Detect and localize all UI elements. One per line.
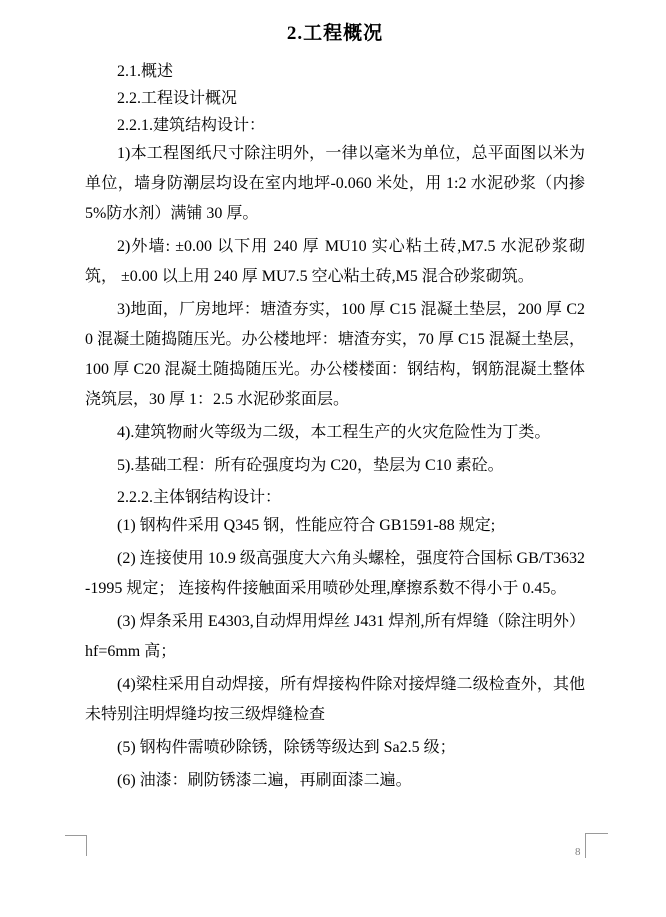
section-heading-2-2: 2.2.工程设计概况 <box>85 85 585 112</box>
section-heading-2-1: 2.1.概述 <box>85 58 585 85</box>
bottom-right-margin-mark <box>585 833 608 858</box>
section-heading-2-2-1: 2.2.1.建筑结构设计： <box>85 112 585 139</box>
section-heading-2-2-2: 2.2.2.主体钢结构设计： <box>85 484 585 511</box>
page-title: 2.工程概况 <box>85 20 585 47</box>
paragraph-item-4: 4).建筑物耐火等级为二级，本工程生产的火灾危险性为丁类。 <box>85 418 585 448</box>
paragraph-steel-6: (6) 油漆：刷防锈漆二遍，再刷面漆二遍。 <box>85 766 585 796</box>
page-number: 8 <box>575 845 581 859</box>
paragraph-item-2: 2)外墙: ±0.00 以下用 240 厚 MU10 实心粘土砖,M7.5 水泥… <box>85 232 585 292</box>
paragraph-item-3: 3)地面，厂房地坪：塘渣夯实，100 厚 C15 混凝土垫层，200 厚 C20… <box>85 295 585 415</box>
paragraph-steel-4: (4)梁柱采用自动焊接，所有焊接构件除对接焊缝二级检查外，其他未特别注明焊缝均按… <box>85 670 585 730</box>
document-page: { "document": { "title": "2.工程概况", "para… <box>0 0 666 917</box>
paragraph-item-1: 1)本工程图纸尺寸除注明外，一律以毫米为单位，总平面图以米为单位，墙身防潮层均设… <box>85 139 585 229</box>
paragraph-steel-5: (5) 钢构件需喷砂除锈，除锈等级达到 Sa2.5 级； <box>85 733 585 763</box>
paragraph-steel-3: (3) 焊条采用 E4303,自动焊用焊丝 J431 焊剂,所有焊缝（除注明外）… <box>85 607 585 667</box>
bottom-left-margin-mark <box>65 835 87 856</box>
text-body: 2.工程概况 2.1.概述 2.2.工程设计概况 2.2.1.建筑结构设计： 1… <box>85 20 585 799</box>
paragraph-steel-1: (1) 钢构件采用 Q345 钢，性能应符合 GB1591-88 规定; <box>85 511 585 541</box>
paragraph-steel-2: (2) 连接使用 10.9 级高强度大六角头螺栓，强度符合国标 GB/T3632… <box>85 544 585 604</box>
paragraph-item-5: 5).基础工程：所有砼强度均为 C20，垫层为 C10 素砼。 <box>85 451 585 481</box>
